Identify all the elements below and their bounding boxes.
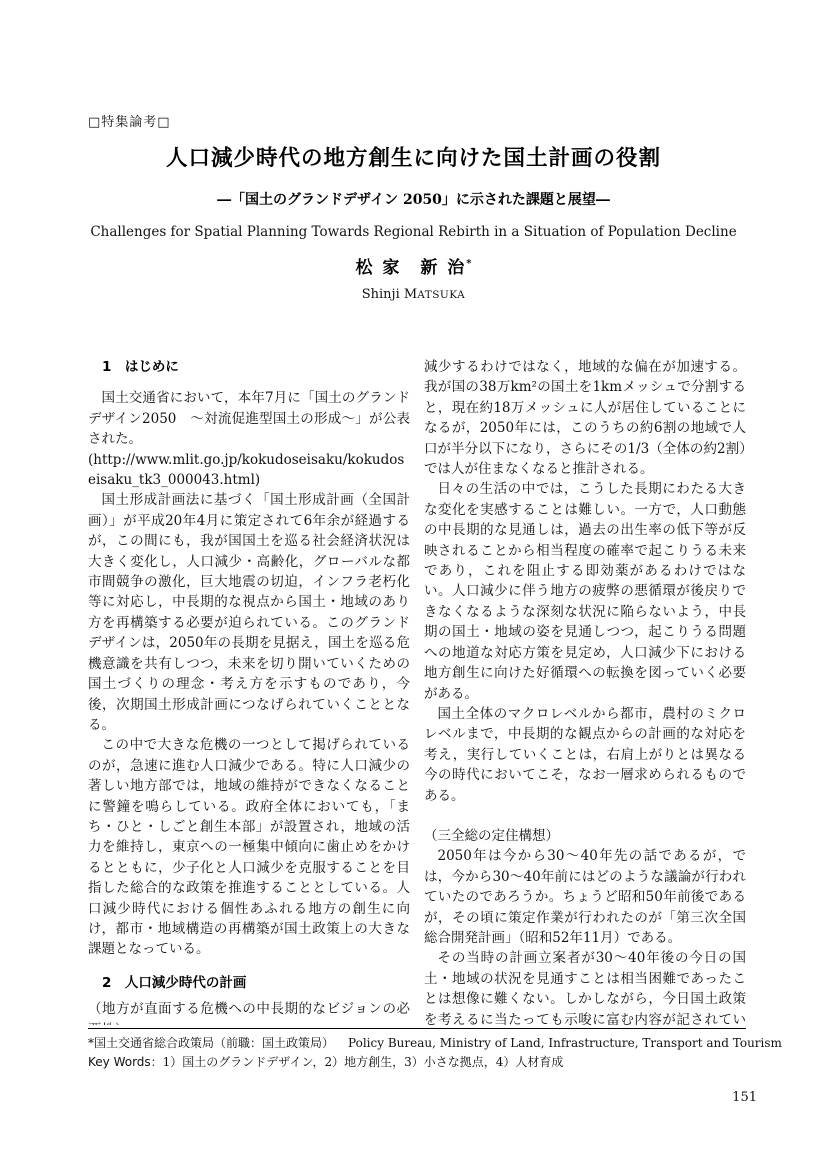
author-affiliation: *国土交通省総合政策局（前職：国土政策局）Policy Bureau, Mini… [88,1034,748,1053]
keywords-text: ：1）国土のグランドデザイン，2）地方創生，3）小さな拠点，4）人材育成 [151,1055,564,1069]
article-category-label: □特集論考□ [88,111,171,130]
article-subtitle: ―「国土のグランドデザイン 2050」に示された課題と展望― [0,189,827,209]
section-heading-2: 2 人口減少時代の計画 [88,973,410,993]
paragraph: 2050年は今から30～40年先の話であるが，では，今から30～40年前にはどの… [424,846,746,948]
section-heading-1: 1 はじめに [88,357,410,377]
author-name-ja-text: 松 家 新 治 [355,258,466,278]
paper-page: □特集論考□ 人口減少時代の地方創生に向けた国土計画の役割 ―「国土のグランドデ… [0,0,827,1170]
parenthetical-subheading: （地方が直面する危機への中長期的なビジョンの必要性） [88,999,410,1025]
keywords-label: Key Words [88,1055,151,1069]
paragraph: 日々の生活の中では，こうした長期にわたる大きな変化を実感することは難しい。一方で… [424,479,746,703]
author-family-rest-en: ATSUKA [417,289,465,301]
article-title-english: Challenges for Spatial Planning Towards … [0,224,827,240]
page-number: 151 [732,1090,757,1105]
article-title: 人口減少時代の地方創生に向けた国土計画の役割 [0,141,827,172]
affiliation-japanese: 国土交通省総合政策局（前職：国土政策局） [94,1036,334,1050]
keywords-line: Key Words：1）国土のグランドデザイン，2）地方創生，3）小さな拠点，4… [88,1053,748,1072]
url-text: (http://www.mlit.go.jp/kokudoseisaku/kok… [88,450,410,491]
right-column: 減少するわけではなく，地域的な偏在が加速する。我が国の38万km²の国土を1km… [424,357,746,1025]
author-family-initial-en: M [404,287,417,302]
affiliation-english: Policy Bureau, Ministry of Land, Infrast… [348,1036,782,1050]
paragraph: 国土全体のマクロレベルから都市，農村のミクロレベルまで，中長期的な観点からの計画… [424,704,746,806]
paragraph: 国土形成計画法に基づく「国土形成計画（全国計画）」が平成20年4月に策定されて6… [88,490,410,735]
left-column: 1 はじめに 国土交通省において，本年7月に「国土のグランドデザイン2050 ～… [88,357,410,1025]
paragraph-continuation: 減少するわけではなく，地域的な偏在が加速する。我が国の38万km²の国土を1km… [424,357,746,479]
paragraph: 国土交通省において，本年7月に「国土のグランドデザイン2050 ～対流促進型国土… [88,388,410,449]
paragraph: その当時の計画立案者が30～40年後の今日の国土・地域の状況を見通すことは相当困… [424,948,746,1025]
two-column-body: 1 はじめに 国土交通省において，本年7月に「国土のグランドデザイン2050 ～… [88,357,746,1025]
author-footnote-mark: * [466,258,471,269]
footnote-divider [88,1028,746,1029]
parenthetical-subheading: （三全総の定住構想） [424,826,746,846]
author-given-en: Shinji [362,287,400,302]
author-name-japanese: 松 家 新 治* [0,253,827,278]
author-name-romanized: Shinji MATSUKA [0,287,827,302]
paragraph: この中で大きな危機の一つとして掲げられているのが，急速に進む人口減少である。特に… [88,735,410,959]
